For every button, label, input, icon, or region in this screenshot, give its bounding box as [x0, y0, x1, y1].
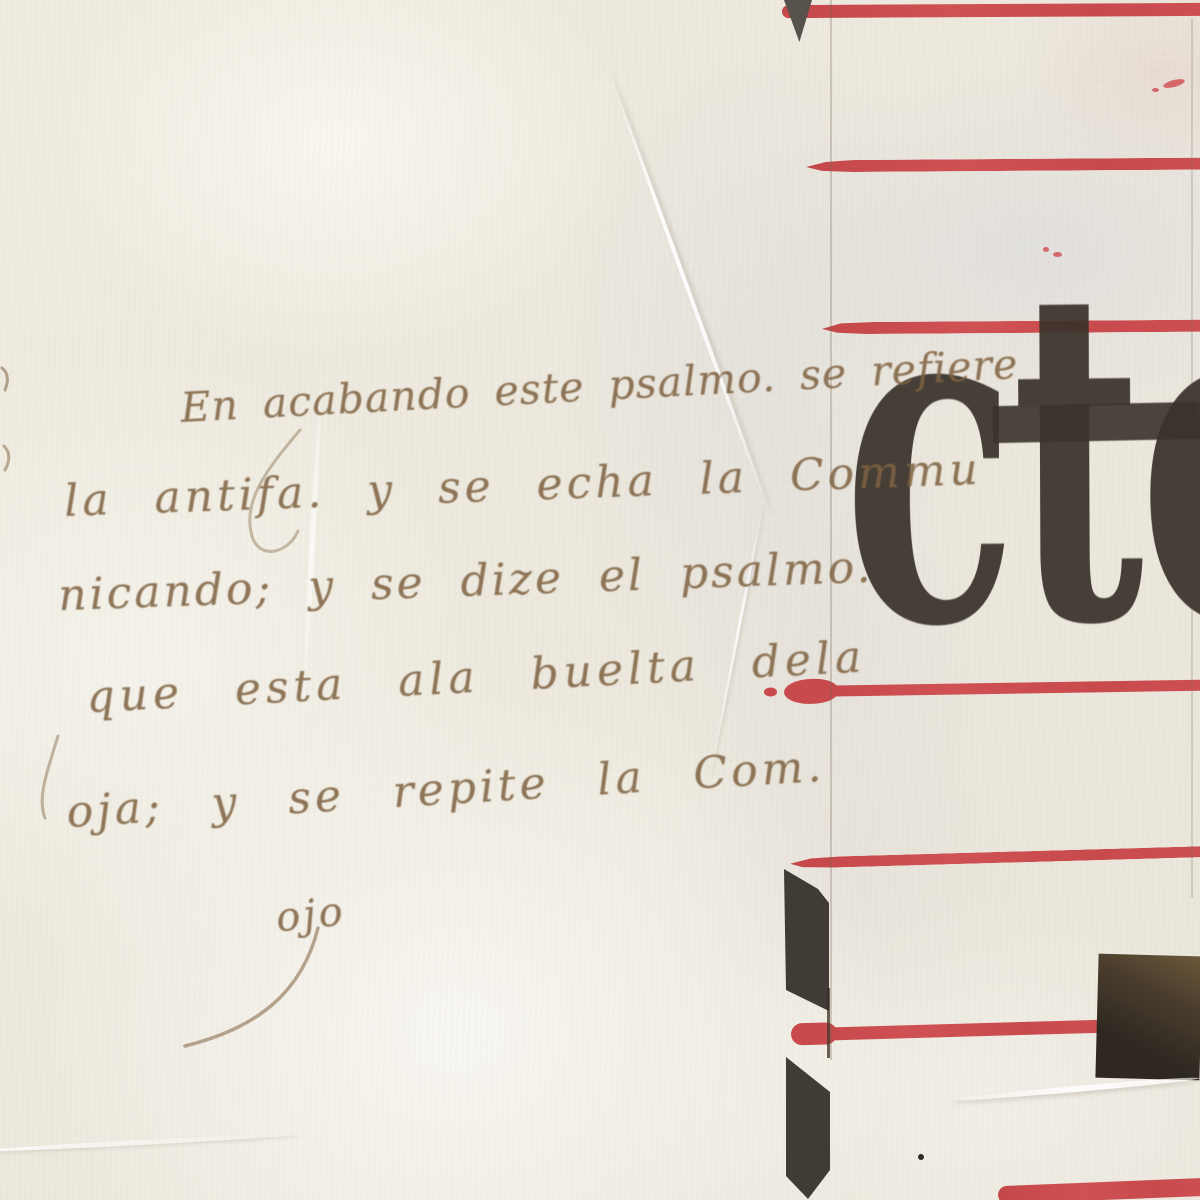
staff-line-red [794, 1020, 1108, 1042]
staff-line-red [790, 846, 1200, 868]
staff-margin-line [830, 0, 832, 1060]
ink-dot [918, 1154, 924, 1160]
parchment-crease [608, 73, 773, 516]
parchment-crease [0, 1132, 300, 1154]
ink-block-fragment [1095, 954, 1200, 1081]
red-ink-speck [1053, 252, 1062, 257]
staff-line-red [806, 158, 1200, 173]
red-ink-speck [1152, 88, 1159, 92]
handwriting-line: que esta ala buelta dela [85, 632, 867, 724]
ink-mark-triangle [784, 0, 812, 42]
red-ink-speck [1043, 247, 1049, 252]
manuscript-photo: cto En acabando este psalmo. se refiere … [0, 0, 1200, 1200]
handwriting-line: nicando; y se dize el psalmo. [57, 542, 874, 621]
handwriting-note-ojo: ojo [274, 888, 348, 941]
staff-line-red [998, 1178, 1200, 1200]
red-ink-speck [1162, 77, 1185, 89]
parchment-tear [950, 1075, 1200, 1103]
t-crossbar-stroke [993, 402, 1200, 443]
handwriting-line: oja; y se repite la Com. [65, 741, 827, 838]
red-ink-dot [764, 687, 777, 696]
staff-line-red [782, 3, 1200, 18]
